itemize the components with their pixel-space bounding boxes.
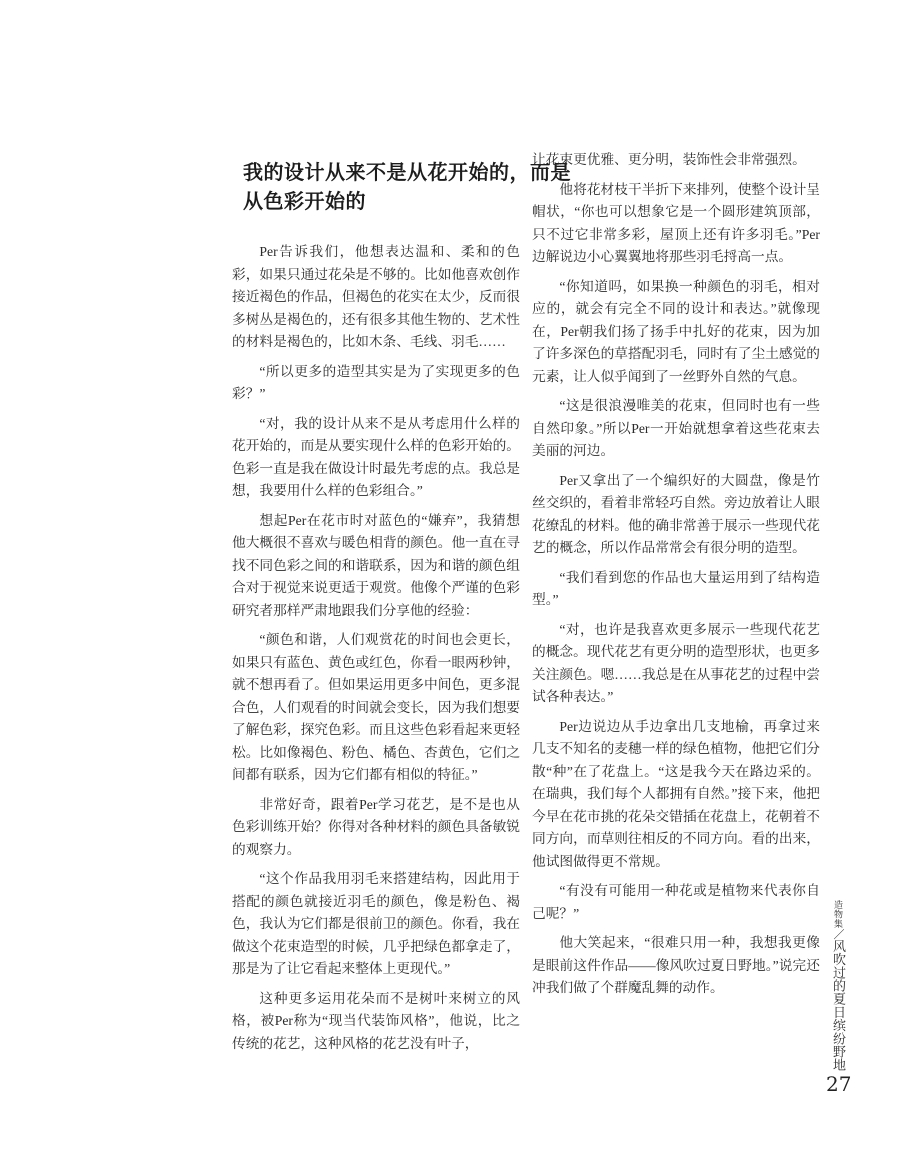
page-number: 27	[826, 1072, 851, 1096]
paragraph: 想起Per在花市时对蓝色的“嫌弃”，我猜想他大概很不喜欢与暖色相背的颜色。他一直…	[232, 510, 520, 623]
paragraph: 非常好奇，跟着Per学习花艺，是不是也从色彩训练开始？你得对各种材料的颜色具备敏…	[232, 794, 520, 862]
paragraph: “对，也许是我喜欢更多展示一些现代花艺的概念。现代花艺有更分明的造型形状，也更多…	[532, 619, 820, 709]
separator-slash: ／	[832, 929, 844, 940]
paragraph: “对，我的设计从来不是从考虑用什么样的花开始的，而是从要实现什么样的色彩开始的。…	[232, 413, 520, 503]
paragraph: “这个作品我用羽毛来搭建结构，因此用于搭配的颜色就接近羽毛的颜色，像是粉色、褐色…	[232, 868, 520, 981]
paragraph: 让花束更优雅、更分明，装饰性会非常强烈。	[532, 149, 820, 172]
series-label: 造物集	[833, 900, 843, 929]
paragraph: 他将花材枝干半折下来排列，使整个设计呈帽状，“你也可以想象它是一个圆形建筑顶部，…	[532, 179, 820, 269]
paragraph: “这是很浪漫唯美的花束，但同时也有一些自然印象。”所以Per一开始就想拿着这些花…	[532, 395, 820, 463]
paragraph: 他大笑起来，“很难只用一种，我想我更像是眼前这件作品——像风吹过夏日野地。”说完…	[532, 932, 820, 1000]
chapter-title: 风吹过的夏日缤纷野地	[831, 940, 846, 1072]
paragraph: “我们看到您的作品也大量运用到了结构造型。”	[532, 567, 820, 612]
paragraph: “你知道吗，如果换一种颜色的羽毛，相对应的，就会有完全不同的设计和表达。”就像现…	[532, 276, 820, 389]
paragraph: Per告诉我们，他想表达温和、柔和的色彩，如果只通过花朵是不够的。比如他喜欢创作…	[232, 241, 520, 354]
text-column-right: 让花束更优雅、更分明，装饰性会非常强烈。他将花材枝干半折下来排列，使整个设计呈帽…	[532, 149, 820, 1007]
margin-vertical-title: 造物集／风吹过的夏日缤纷野地	[829, 900, 847, 1090]
paragraph: “颜色和谐，人们观赏花的时间也会更长，如果只有蓝色、黄色或红色，你看一眼两秒钟，…	[232, 629, 520, 787]
paragraph: Per又拿出了一个编织好的大圆盘，像是竹丝交织的，看着非常轻巧自然。旁边放着让人…	[532, 470, 820, 560]
paragraph: “所以更多的造型其实是为了实现更多的色彩？”	[232, 361, 520, 406]
article-heading: 我的设计从来不是从花开始的，而是从色彩开始的	[243, 159, 581, 217]
paragraph: Per边说边从手边拿出几支地榆，再拿过来几支不知名的麦穗一样的绿色植物，他把它们…	[532, 716, 820, 874]
paragraph: “有没有可能用一种花或是植物来代表你自己呢？”	[532, 880, 820, 925]
book-page: 我的设计从来不是从花开始的，而是从色彩开始的 Per告诉我们，他想表达温和、柔和…	[0, 0, 899, 1150]
paragraph: 这种更多运用花朵而不是树叶来树立的风格，被Per称为“现当代装饰风格”，他说，比…	[232, 988, 520, 1056]
text-column-left: Per告诉我们，他想表达温和、柔和的色彩，如果只通过花朵是不够的。比如他喜欢创作…	[232, 241, 520, 1062]
